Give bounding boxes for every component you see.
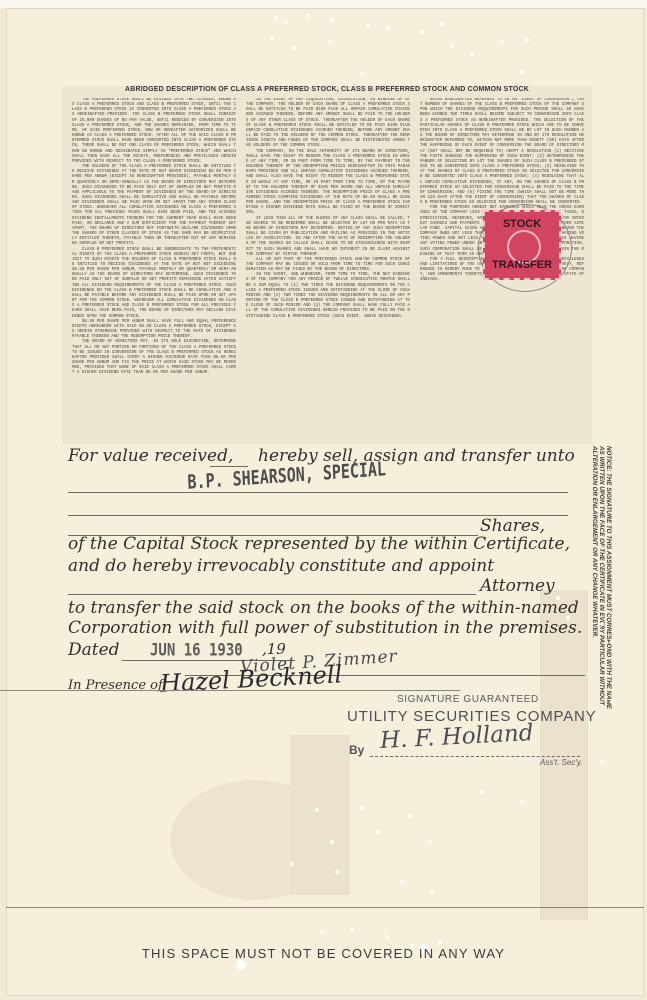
shares-label: Shares, <box>480 516 545 536</box>
attorney-line <box>68 594 476 595</box>
perforation <box>284 20 288 24</box>
transfer-books-line: to transfer the said stock on the books … <box>68 598 579 618</box>
perforation <box>305 14 309 18</box>
perforation <box>320 930 324 934</box>
abridged-column-2: In the event of any liquidation, dissolu… <box>246 98 410 438</box>
signature-guaranteed-heading: SIGNATURE GUARANTEED <box>397 694 539 705</box>
by-label: By <box>349 743 364 757</box>
perforation <box>420 30 424 34</box>
perforation <box>520 70 524 74</box>
paragraph: The Company, on the sole authority of it… <box>246 150 410 217</box>
perforation <box>290 862 294 866</box>
perforation <box>292 46 296 50</box>
signature-notice: NOTICE: THE SIGNATURE TO THIS ASSIGNMENT… <box>570 446 614 716</box>
attorney-label: Attorney <box>480 576 555 596</box>
perforation <box>400 880 404 884</box>
paragraph: being hereinafter referred to as an "eve… <box>420 98 584 206</box>
perforation <box>360 806 364 810</box>
perforation <box>270 36 274 40</box>
perforation <box>525 38 529 42</box>
paragraph: Class B Preferred Stock shall be subordi… <box>72 248 236 320</box>
perforation <box>438 940 442 944</box>
notice-text: NOTICE: THE SIGNATURE TO THIS ASSIGNMENT… <box>591 446 612 716</box>
perforation <box>450 44 454 48</box>
perforation <box>386 26 390 30</box>
perforation <box>335 870 339 874</box>
perforation <box>566 616 570 620</box>
perforation <box>376 830 380 834</box>
perforation <box>330 840 334 844</box>
paragraph: The Board of Directors may, in its sole … <box>72 340 236 376</box>
perforation <box>274 16 278 20</box>
paper-top-edge <box>0 0 647 8</box>
paragraph: The preferred stock shall be divided int… <box>72 98 236 165</box>
paragraph: If less than all of the shares of any cl… <box>246 217 410 258</box>
perforation <box>520 800 524 804</box>
paragraph: $6.50 per share per annum shall have ful… <box>72 320 236 341</box>
perforation <box>470 52 474 56</box>
perforation <box>610 700 614 704</box>
paragraph: In the event of any liquidation, dissolu… <box>246 98 410 150</box>
perforation <box>428 840 432 844</box>
perforation <box>330 18 334 22</box>
perforation <box>610 640 614 644</box>
stamp-bottom-text: TRANSFER <box>485 259 559 271</box>
for-value-received: For value received, <box>68 446 233 466</box>
dated-label: Dated <box>68 640 120 660</box>
perforation <box>418 80 422 84</box>
stock-transfer-revenue-stamp: STOCK TRANSFER <box>483 210 561 280</box>
paragraph: All or any part of the Preferred Stock a… <box>246 258 410 273</box>
perforation <box>408 814 412 818</box>
capital-stock-line: of the Capital Stock represented by the … <box>68 534 570 554</box>
date-stamp: JUN 16 1930 <box>150 641 243 660</box>
abridged-title: ABRIDGED DESCRIPTION OF CLASS A PREFERRE… <box>62 86 592 93</box>
abridged-column-1: The preferred stock shall be divided int… <box>72 98 236 438</box>
assignee-line-1 <box>68 492 568 493</box>
perforation <box>366 24 370 28</box>
perforation <box>600 622 604 626</box>
perforation <box>328 40 332 44</box>
stamp-top-text: STOCK <box>485 218 559 230</box>
footer-rule <box>6 907 644 908</box>
show-through-band <box>290 735 350 895</box>
paragraph: The holders of the Class A Preferred Sto… <box>72 165 236 248</box>
perforation <box>500 40 504 44</box>
witness-line <box>0 690 460 691</box>
perforation <box>430 890 434 894</box>
perforation <box>315 808 319 812</box>
paragraph: In the event, and whenever, from time to… <box>246 273 410 319</box>
perforation <box>350 928 354 932</box>
perforation <box>360 72 364 76</box>
perforation <box>556 596 560 600</box>
constitute-appoint-line: and do hereby irrevocably constitute and… <box>68 556 494 576</box>
corporation-substitution-line: Corporation with full power of substitut… <box>68 618 582 638</box>
do-not-cover-notice: THIS SPACE MUST NOT BE COVERED IN ANY WA… <box>0 946 647 961</box>
perforation <box>480 790 484 794</box>
guarantor-title: Ass't. Sec'y. <box>540 758 582 767</box>
punch-hole <box>236 960 246 970</box>
perforation <box>440 22 444 26</box>
perforation <box>600 760 604 764</box>
perforation <box>385 935 389 939</box>
